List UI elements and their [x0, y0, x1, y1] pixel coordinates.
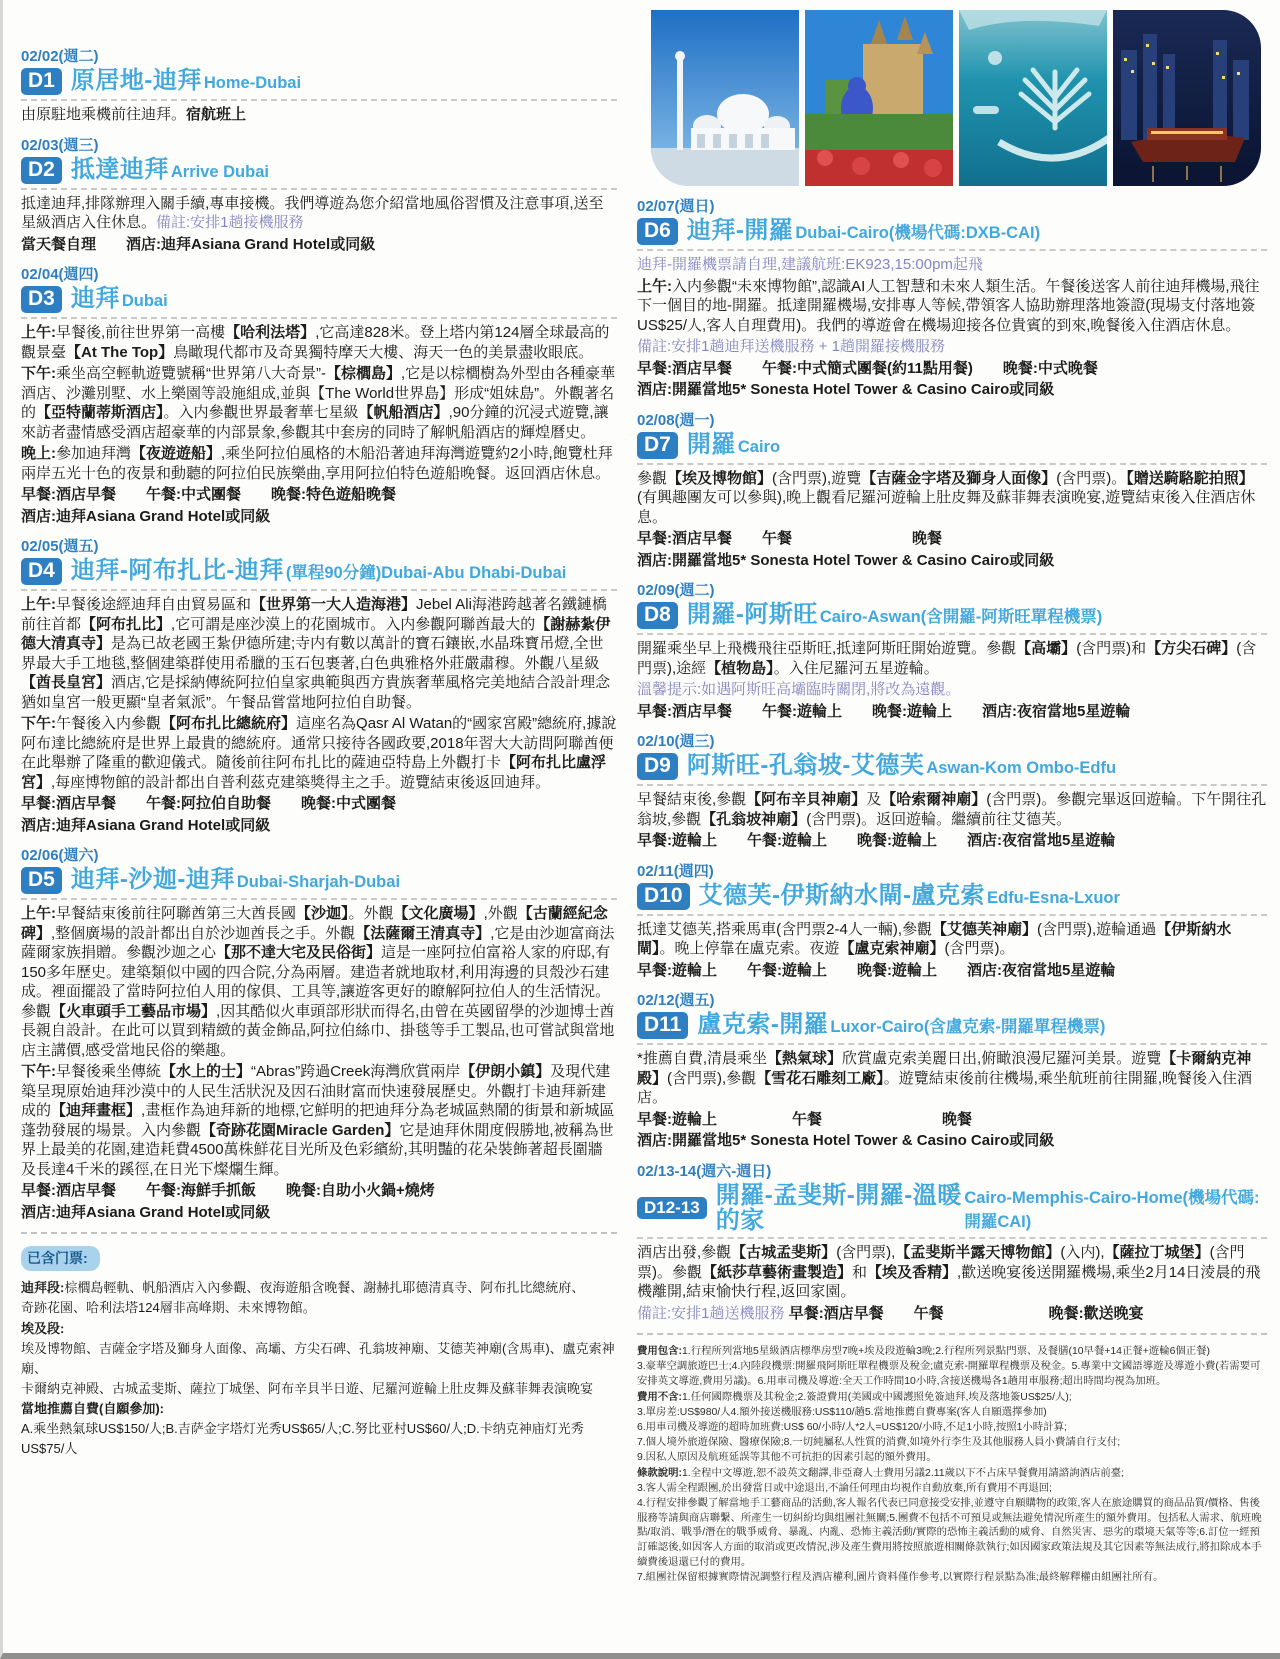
- text-run: 酒店:迪拜Asiana Grand Hotel或同級: [21, 508, 270, 525]
- day-entry: 02/08(週一)D7開羅Cairo參觀【埃及博物館】(含門票),遊覽【吉薩金字…: [637, 409, 1267, 571]
- day-date: 02/13-14(週六-週日): [637, 1160, 1267, 1181]
- text-run: 上午:: [21, 596, 56, 613]
- day-entry: 02/10(週三)D9阿斯旺-孔翁坡-艾德芙Aswan-Kom Ombo-Edf…: [637, 730, 1267, 851]
- day-paragraph: 酒店:迪拜Asiana Grand Hotel或同級: [21, 816, 617, 836]
- text-run: 條款說明:: [637, 1468, 682, 1479]
- text-run: 【埃及香精】: [867, 1264, 957, 1281]
- day-date: 02/11(週四): [637, 860, 1267, 881]
- day-subtitle: Aswan-Kom Ombo-Edfu: [926, 759, 1116, 778]
- text-run: (含門票),參觀: [667, 1070, 756, 1087]
- text-run: 早餐:酒店早餐 午餐:海鮮手抓飯 晚餐:自助小火鍋+燒烤: [21, 1182, 435, 1199]
- day-entry: 02/07(週日)D6迪拜-開羅Dubai-Cairo(機場代碼:DXB-CAI…: [637, 195, 1267, 400]
- day-badge: D6: [637, 218, 678, 245]
- text-run: 早餐:遊輪上 午餐 晚餐: [637, 1111, 972, 1128]
- day-heading: D2抵達迪拜Arrive Dubai: [21, 157, 617, 190]
- text-run: 【沙迦】: [296, 905, 349, 922]
- text-run: ,整個廣場的設計都出自於沙迦酋長之手。外觀: [51, 925, 355, 942]
- day-paragraph: 早餐:酒店早餐 午餐:海鮮手抓飯 晚餐:自助小火鍋+燒烤: [21, 1181, 617, 1201]
- day-date: 02/03(週三): [21, 134, 617, 155]
- day-subtitle: Dubai-Sharjah-Dubai: [237, 873, 400, 892]
- day-heading: D10艾德芙-伊斯納水閘-盧克索Edfu-Esna-Lxuor: [637, 883, 1267, 916]
- text-run: 【盧克索神廟】: [840, 940, 945, 957]
- day-badge: D7: [637, 432, 678, 459]
- text-run: 備註:安排1趟迪拜送機服務 + 1趟開羅接機服務: [637, 338, 945, 355]
- day-badge: D4: [21, 558, 62, 585]
- day-date: 02/12(週五): [637, 989, 1267, 1010]
- text-run: 早餐後乘坐傳統: [56, 1063, 161, 1080]
- dubai-night-cruise-photo: [1113, 10, 1261, 186]
- day-badge: D8: [637, 602, 678, 629]
- text-run: 入内參觀“未來博物館”,認識AI人工智慧和未來人類生活。午餐後送客人前往迪拜機場…: [637, 278, 1260, 334]
- day-subtitle: Home-Dubai: [204, 74, 301, 93]
- text-run: 酒店出發,參觀: [637, 1244, 731, 1261]
- day-heading: D5迪拜-沙迦-迪拜Dubai-Sharjah-Dubai: [21, 867, 617, 900]
- day-badge: D2: [21, 157, 62, 184]
- text-run: 上午:: [637, 278, 672, 295]
- text-run: 早餐:酒店早餐 午餐:遊輪上 晚餐:遊輪上 酒店:夜宿當地5星遊輪: [637, 703, 1130, 720]
- day-paragraph: 晚上:參加迪拜灣【夜遊遊船】,乘坐阿拉伯風格的木船沿著迪拜海灣遊覽約2小時,飽覽…: [21, 444, 617, 483]
- fine-print-line: 條款說明:1.全程中文導遊,恕不設英文翻譯,非亞裔人士費用另議2.11歲以下不占…: [637, 1467, 1267, 1585]
- text-run: ,每座博物館的設計都出自普利茲克建築獎得主之手。遊覽結束後返回迪拜。: [51, 774, 550, 791]
- day-paragraph: 抵達艾德芙,搭乘馬車(含門票2-4人一輛),參觀【艾德芙神廟】(含門票),遊輪通…: [637, 920, 1267, 959]
- text-run: 備註:安排1趟接機服務: [156, 214, 304, 231]
- day-heading: D11盧克索-開羅Luxor-Cairo(含盧克索-開羅單程機票): [637, 1012, 1267, 1045]
- day-paragraph: 參觀【埃及博物館】(含門票),遊覽【吉薩金字塔及獅身人面像】(含門票)。【贈送騎…: [637, 469, 1267, 528]
- day-paragraph: 下午:乘坐高空輕軌遊覽號稱“世界第八大奇景”-【棕櫚島】,它是以棕櫚樹為外型由各…: [21, 364, 617, 442]
- day-title: 開羅-孟斐斯-開羅-溫暖的家: [716, 1183, 963, 1233]
- ticket-line: 迪拜段:棕櫚島輕軌、帆船酒店入內參觀、夜海遊船含晚餐、謝赫扎耶德清真寺、阿布扎比…: [21, 1278, 617, 1318]
- text-run: 迪拜-開羅機票請自理,建議航班:EK923,15:00pm起飛: [637, 256, 983, 273]
- text-run: (含門票),遊覽: [772, 470, 861, 487]
- text-run: *推薦自費,清晨乘坐: [637, 1050, 767, 1067]
- text-run: 【文化廣場】: [394, 905, 484, 922]
- text-run: 酒店:開羅當地5* Sonesta Hotel Tower & Casino C…: [637, 1132, 1054, 1149]
- text-run: 早餐:酒店早餐 午餐 晚餐: [637, 530, 942, 547]
- text-run: 鳥瞰現代都市及奇異獨特摩天大樓、海天一色的美景盡收眼底。: [173, 344, 593, 361]
- separator: [21, 1232, 617, 1234]
- day-paragraph: *推薦自費,清晨乘坐【熱氣球】欣賞盧克索美麗日出,俯瞰浪漫尼羅河美景。遊覽【卡爾…: [637, 1049, 1267, 1108]
- text-run: 早餐:酒店早餐 午餐:中式團餐 晚餐:特色遊船晚餐: [21, 486, 396, 503]
- text-run: 和: [852, 1264, 867, 1281]
- text-run: (含門票),遊輪通過: [1037, 921, 1156, 938]
- text-run: 欣賞盧克索美麗日出,俯瞰浪漫尼羅河美景。遊覽: [842, 1050, 1161, 1067]
- text-run: 迪拜段:: [21, 1280, 64, 1295]
- day-date: 02/07(週日): [637, 195, 1267, 216]
- day-paragraph: 早餐:酒店早餐 午餐:遊輪上 晚餐:遊輪上 酒店:夜宿當地5星遊輪: [637, 702, 1267, 722]
- text-run: 早餐:遊輪上 午餐:遊輪上 晚餐:遊輪上 酒店:夜宿當地5星遊輪: [637, 832, 1115, 849]
- text-run: A.乘坐熱氣球US$150/人;B.吉萨金字塔灯光秀US$65/人;C.努比亚村…: [21, 1421, 584, 1456]
- itinerary-page: 02/02(週二)D1原居地-迪拜Home-Dubai由原駐地乘機前往迪拜。宿航…: [0, 0, 1280, 1659]
- day-paragraph: 上午:早餐結束後前往阿聯酋第三大酋長國【沙迦】。外觀【文化廣場】,外觀【古蘭經紀…: [21, 904, 617, 1060]
- day-title: 開羅: [687, 432, 736, 457]
- text-run: 費用包含:: [637, 1346, 682, 1357]
- day-entry: 02/05(週五)D4迪拜-阿布扎比-迪拜(單程90分鐘)Dubai-Abu D…: [21, 535, 617, 835]
- text-run: 【酋長皇宮】: [21, 674, 111, 691]
- day-title: 原居地-迪拜: [71, 68, 202, 93]
- day-subtitle: Cairo-Aswan(含開羅-阿斯旺單程機票): [820, 603, 1102, 627]
- day-badge: D11: [637, 1012, 688, 1039]
- text-run: 酒店:開羅當地5* Sonesta Hotel Tower & Casino C…: [637, 552, 1054, 569]
- left-days: 02/02(週二)D1原居地-迪拜Home-Dubai由原駐地乘機前往迪拜。宿航…: [21, 45, 617, 1222]
- text-run: 早餐:酒店早餐 午餐 晚餐:歡送晚宴: [789, 1305, 1144, 1322]
- text-run: 1.全程中文導遊,恕不設英文翻譯,非亞裔人士費用另議2.11歲以下不占床早餐費用…: [637, 1468, 1262, 1582]
- day-paragraph: 酒店:迪拜Asiana Grand Hotel或同級: [21, 1203, 617, 1223]
- day-date: 02/10(週三): [637, 730, 1267, 751]
- text-run: (含門票)。: [1056, 470, 1126, 487]
- day-paragraph: 早餐:酒店早餐 午餐:中式簡式團餐(約11點用餐) 晚餐:中式晚餐: [637, 359, 1267, 379]
- day-paragraph: 早餐:酒店早餐 午餐:中式團餐 晚餐:特色遊船晚餐: [21, 485, 617, 505]
- text-run: 下午:: [21, 365, 56, 382]
- text-run: “Abras”跨過Creek海灣欣賞兩岸: [251, 1063, 460, 1080]
- text-run: 【吉薩金字塔及獅身人面像】: [861, 470, 1056, 487]
- day-paragraph: 下午:早餐後乘坐傳統【水上的士】“Abras”跨過Creek海灣欣賞兩岸【伊朗小…: [21, 1062, 617, 1179]
- fine-print-line: 費用不含:1.任何國際機票及其稅金;2.簽證費用(美國或中國護照免簽迪拜,埃及落…: [637, 1391, 1267, 1465]
- photo-strip: [651, 10, 1267, 186]
- text-run: 1.任何國際機票及其稅金;2.簽證費用(美國或中國護照免簽迪拜,埃及落地簽US$…: [637, 1392, 1120, 1462]
- day-subtitle: Arrive Dubai: [171, 163, 269, 182]
- day-subtitle: Luxor-Cairo(含盧克索-開羅單程機票): [830, 1013, 1105, 1037]
- text-run: 【紙莎草藝術畫製造】: [702, 1264, 852, 1281]
- day-paragraph: 早餐:遊輪上 午餐:遊輪上 晚餐:遊輪上 酒店:夜宿當地5星遊輪: [637, 831, 1267, 851]
- day-title: 盧克索-開羅: [697, 1012, 828, 1037]
- text-run: 【法薩爾王清真寺】: [355, 925, 490, 942]
- text-run: 【夜遊遊船】: [131, 445, 221, 462]
- day-paragraph: 迪拜-開羅機票請自理,建議航班:EK923,15:00pm起飛: [637, 255, 1267, 275]
- day-paragraph: 上午:入内參觀“未來博物館”,認識AI人工智慧和未來人類生活。午餐後送客人前往迪…: [637, 277, 1267, 336]
- day-paragraph: 抵達迪拜,排隊辦理入關手續,專車接機。我們導遊為您介紹當地風俗習慣及注意事項,送…: [21, 194, 617, 233]
- day-paragraph: 當天餐自理 酒店:迪拜Asiana Grand Hotel或同級: [21, 235, 617, 255]
- day-heading: D7開羅Cairo: [637, 432, 1267, 465]
- day-paragraph: 酒店出發,參觀【古城孟斐斯】(含門票),【孟斐斯半露天博物館】(入内),【薩拉丁…: [637, 1243, 1267, 1302]
- left-column: 02/02(週二)D1原居地-迪拜Home-Dubai由原駐地乘機前往迪拜。宿航…: [21, 36, 617, 1460]
- text-run: 上午:: [21, 905, 56, 922]
- text-run: 。入内參觀世界最奢華七星級: [164, 404, 359, 421]
- ticket-line: 埃及博物館、吉薩金字塔及獅身人面像、高壩、方尖石碑、孔翁坡神廟、艾德芙神廟(含馬…: [21, 1339, 617, 1399]
- text-run: 【阿布辛貝神廟】: [746, 791, 866, 808]
- text-run: 棕櫚島輕軌、帆船酒店入內參觀、夜海遊船含晚餐、謝赫扎耶德清真寺、阿布扎比總統府、…: [21, 1280, 584, 1315]
- text-run: 。入住尼羅河五星遊輪。: [774, 660, 939, 677]
- right-column: 02/07(週日)D6迪拜-開羅Dubai-Cairo(機場代碼:DXB-CAI…: [637, 8, 1267, 1587]
- day-date: 02/09(週二): [637, 579, 1267, 600]
- day-badge: D1: [21, 68, 62, 95]
- tickets-included-lines: 迪拜段:棕櫚島輕軌、帆船酒店入內參觀、夜海遊船含晚餐、謝赫扎耶德清真寺、阿布扎比…: [21, 1278, 617, 1459]
- text-run: 【哈利法塔】: [225, 324, 315, 341]
- text-run: (含門票)。返回遊輪。繼續前往艾德芙。: [806, 811, 1071, 828]
- day-paragraph: 酒店:開羅當地5* Sonesta Hotel Tower & Casino C…: [637, 380, 1267, 400]
- text-run: 酒店:迪拜Asiana Grand Hotel或同級: [21, 1204, 270, 1221]
- text-run: 酒店:開羅當地5* Sonesta Hotel Tower & Casino C…: [637, 381, 1054, 398]
- day-date: 02/02(週二): [21, 45, 617, 66]
- day-badge: D3: [21, 286, 62, 313]
- text-run: 【迪拜畫框】: [51, 1102, 141, 1119]
- day-subtitle: Edfu-Esna-Lxuor: [987, 889, 1120, 908]
- text-run: 。外觀: [349, 905, 394, 922]
- text-run: 早餐:酒店早餐 午餐:中式簡式團餐(約11點用餐) 晚餐:中式晚餐: [637, 360, 1098, 377]
- day-paragraph: 開羅乘坐早上飛機飛往亞斯旺,抵達阿斯旺開始遊覽。參觀【高壩】(含門票)和【方尖石…: [637, 639, 1267, 678]
- text-run: 【At The Top】: [66, 344, 173, 361]
- text-run: 【阿布扎比總統府】: [161, 715, 296, 732]
- text-run: 早餐後途經迪拜自由貿易區和: [56, 596, 251, 613]
- day-paragraph: 備註:安排1趟送機服務 早餐:酒店早餐 午餐 晚餐:歡送晚宴: [637, 1304, 1267, 1324]
- text-run: 早餐結束後,參觀: [637, 791, 746, 808]
- day-heading: D3迪拜Dubai: [21, 286, 617, 319]
- day-entry: 02/04(週四)D3迪拜Dubai上午:早餐後,前往世界第一高樓【哈利法塔】,…: [21, 263, 617, 526]
- day-paragraph: 上午:早餐後,前往世界第一高樓【哈利法塔】,它高達828米。登上塔内第124層全…: [21, 323, 617, 362]
- day-subtitle: Cairo: [738, 438, 780, 457]
- text-run: 下午:: [21, 1063, 56, 1080]
- tickets-included-section: 已含门票: 迪拜段:棕櫚島輕軌、帆船酒店入內參觀、夜海遊船含晚餐、謝赫扎耶德清真…: [21, 1244, 617, 1459]
- day-title: 艾德芙-伊斯納水閘-盧克索: [699, 883, 985, 908]
- text-run: 【帆船酒店】: [359, 404, 449, 421]
- day-entry: 02/03(週三)D2抵達迪拜Arrive Dubai抵達迪拜,排隊辦理入關手續…: [21, 134, 617, 255]
- day-title: 抵達迪拜: [71, 157, 169, 182]
- text-run: 【古城孟斐斯】: [731, 1244, 836, 1261]
- text-run: 溫馨提示:如遇阿斯旺高壩臨時關閉,將改為遠觀。: [637, 681, 960, 698]
- day-paragraph: 下午:午餐後入内參觀【阿布扎比總統府】這座名為Qasr Al Watan的“國家…: [21, 714, 617, 792]
- day-entry: 02/11(週四)D10艾德芙-伊斯納水閘-盧克索Edfu-Esna-Lxuor…: [637, 860, 1267, 981]
- text-run: 【阿布扎比】: [81, 616, 171, 633]
- text-run: 【水上的士】: [161, 1063, 251, 1080]
- text-run: 【棕櫚島】: [326, 365, 401, 382]
- text-run: (有興趣團友可以參與),晚上觀看尼羅河遊輪上肚皮舞及蘇菲舞表演晚宴,遊覽結束後入…: [637, 489, 1255, 526]
- day-title: 開羅-阿斯旺: [687, 602, 818, 627]
- text-run: 【伊朗小鎮】: [460, 1063, 550, 1080]
- text-run: 備註:安排1趟送機服務: [637, 1305, 789, 1322]
- day-title: 迪拜-阿布扎比-迪拜: [71, 558, 284, 583]
- day-heading: D1原居地-迪拜Home-Dubai: [21, 68, 617, 101]
- text-run: 1.行程所列當地5星級酒店標準房型7晚+埃及段遊輪3晚;2.行程所列景點門票、及…: [637, 1346, 1260, 1387]
- text-run: 當天餐自理 酒店:迪拜Asiana Grand Hotel或同級: [21, 236, 375, 253]
- day-date: 02/04(週四): [21, 263, 617, 284]
- text-run: 【孟斐斯半露天博物館】: [895, 1244, 1060, 1261]
- text-run: 早餐後,前往世界第一高樓: [56, 324, 225, 341]
- text-run: (含門票),: [836, 1244, 895, 1261]
- day-paragraph: 上午:早餐後途經迪拜自由貿易區和【世界第一大人造海港】Jebel Ali海港跨越…: [21, 595, 617, 712]
- day-paragraph: 備註:安排1趟迪拜送機服務 + 1趟開羅接機服務: [637, 337, 1267, 357]
- day-subtitle: (單程90分鐘)Dubai-Abu Dhabi-Dubai: [286, 559, 567, 583]
- text-run: 【火車頭手工藝品市場】: [51, 1003, 216, 1020]
- day-badge: D9: [637, 753, 678, 780]
- text-run: 【奇跡花園Miracle Garden】: [201, 1122, 399, 1139]
- text-run: 費用不含:: [637, 1392, 682, 1403]
- fine-print-section: 費用包含:1.行程所列當地5星級酒店標準房型7晚+埃及段遊輪3晚;2.行程所列景…: [637, 1345, 1267, 1585]
- text-run: 【那不達大宅及民俗街】: [216, 944, 381, 961]
- right-days: 02/07(週日)D6迪拜-開羅Dubai-Cairo(機場代碼:DXB-CAI…: [637, 195, 1267, 1323]
- day-paragraph: 早餐:酒店早餐 午餐:阿拉伯自助餐 晚餐:中式團餐: [21, 794, 617, 814]
- day-heading: D8開羅-阿斯旺Cairo-Aswan(含開羅-阿斯旺單程機票): [637, 602, 1267, 635]
- day-heading: D6迪拜-開羅Dubai-Cairo(機場代碼:DXB-CAI): [637, 218, 1267, 251]
- text-run: 及: [866, 791, 881, 808]
- text-run: (入内),: [1060, 1244, 1104, 1261]
- sheikh-zayed-mosque-photo: [651, 10, 799, 186]
- day-title: 迪拜: [71, 286, 120, 311]
- day-date: 02/05(週五): [21, 535, 617, 556]
- text-run: 午餐後入内參觀: [56, 715, 161, 732]
- text-run: 【世界第一大人造海港】: [251, 596, 416, 613]
- day-badge: D12-13: [637, 1197, 707, 1220]
- text-run: 【孔翁坡神廟】: [701, 811, 806, 828]
- text-run: 【方尖石碑】: [1146, 640, 1236, 657]
- day-entry: 02/12(週五)D11盧克索-開羅Luxor-Cairo(含盧克索-開羅單程機…: [637, 989, 1267, 1151]
- text-run: 開羅乘坐早上飛機飛往亞斯旺,抵達阿斯旺開始遊覽。參觀: [637, 640, 1016, 657]
- day-paragraph: 由原駐地乘機前往迪拜。宿航班上: [21, 105, 617, 125]
- separator: [637, 1333, 1267, 1335]
- text-run: 埃及段:: [21, 1321, 64, 1336]
- day-paragraph: 酒店:迪拜Asiana Grand Hotel或同級: [21, 507, 617, 527]
- text-run: ,它可謂是座沙漠上的花園城市。入内參觀阿聯酋最大的: [171, 616, 535, 633]
- text-run: 早餐結束後前往阿聯酋第三大酋長國: [56, 905, 296, 922]
- day-date: 02/08(週一): [637, 409, 1267, 430]
- text-run: 參觀: [637, 470, 667, 487]
- text-run: 上午:: [21, 324, 56, 341]
- text-run: 抵達迪拜,排隊辦理入關手續,專車接機。我們導遊為您介紹當地風俗習慣及注意事項,送…: [21, 195, 604, 232]
- day-title: 阿斯旺-孔翁坡-艾德芙: [687, 753, 924, 778]
- day-entry: 02/06(週六)D5迪拜-沙迦-迪拜Dubai-Sharjah-Dubai上午…: [21, 844, 617, 1222]
- day-paragraph: 早餐:遊輪上 午餐:遊輪上 晚餐:遊輪上 酒店:夜宿當地5星遊輪: [637, 961, 1267, 981]
- text-run: 當地推薦自費(自願參加):: [21, 1401, 164, 1416]
- text-run: 參加迪拜灣: [56, 445, 131, 462]
- day-heading: D12-13開羅-孟斐斯-開羅-溫暖的家Cairo-Memphis-Cairo-…: [637, 1183, 1267, 1239]
- day-paragraph: 溫馨提示:如遇阿斯旺高壩臨時關閉,將改為遠觀。: [637, 680, 1267, 700]
- text-run: ,外觀: [484, 905, 518, 922]
- day-paragraph: 早餐:酒店早餐 午餐 晚餐: [637, 529, 1267, 549]
- text-run: 下午:: [21, 715, 56, 732]
- day-paragraph: 酒店:開羅當地5* Sonesta Hotel Tower & Casino C…: [637, 1131, 1267, 1151]
- text-run: 【植物島】: [706, 660, 774, 677]
- day-heading: D4迪拜-阿布扎比-迪拜(單程90分鐘)Dubai-Abu Dhabi-Duba…: [21, 558, 617, 591]
- day-badge: D10: [637, 883, 690, 910]
- text-run: 宿航班上: [186, 106, 246, 123]
- text-run: 【薩拉丁城堡】: [1105, 1244, 1210, 1261]
- day-entry: 02/09(週二)D8開羅-阿斯旺Cairo-Aswan(含開羅-阿斯旺單程機票…: [637, 579, 1267, 721]
- text-run: 埃及博物館、吉薩金字塔及獅身人面像、高壩、方尖石碑、孔翁坡神廟、艾德芙神廟(含馬…: [21, 1341, 615, 1396]
- day-title: 迪拜-沙迦-迪拜: [71, 867, 235, 892]
- text-run: 早餐:酒店早餐 午餐:阿拉伯自助餐 晚餐:中式團餐: [21, 795, 396, 812]
- day-heading: D9阿斯旺-孔翁坡-艾德芙Aswan-Kom Ombo-Edfu: [637, 753, 1267, 786]
- text-run: 【埃及博物館】: [667, 470, 772, 487]
- text-run: 酒店:迪拜Asiana Grand Hotel或同級: [21, 817, 270, 834]
- text-run: 。晚上停靠在盧克索。夜遊: [660, 940, 840, 957]
- palm-jumeirah-aerial-photo: [959, 10, 1107, 186]
- text-run: 【高壩】: [1016, 640, 1076, 657]
- ticket-line: A.乘坐熱氣球US$150/人;B.吉萨金字塔灯光秀US$65/人;C.努比亚村…: [21, 1419, 617, 1459]
- text-run: 乘坐高空輕軌遊覽號稱“世界第八大奇景”-: [56, 365, 326, 382]
- fine-print-line: 費用包含:1.行程所列當地5星級酒店標準房型7晚+埃及段遊輪3晚;2.行程所列景…: [637, 1345, 1267, 1389]
- text-run: 抵達艾德芙,搭乘馬車(含門票2-4人一輛),參觀: [637, 921, 932, 938]
- text-run: 【贈送騎駱駝拍照】: [1126, 470, 1254, 487]
- text-run: 【熱氣球】: [767, 1050, 842, 1067]
- day-entry: 02/13-14(週六-週日)D12-13開羅-孟斐斯-開羅-溫暖的家Cairo…: [637, 1160, 1267, 1323]
- day-title: 迪拜-開羅: [687, 218, 794, 243]
- day-badge: D5: [21, 867, 62, 894]
- text-run: (含門票)。: [945, 940, 1015, 957]
- text-run: (含門票)和: [1076, 640, 1146, 657]
- day-subtitle: Cairo-Memphis-Cairo-Home(機場代碼:開羅CAI): [964, 1184, 1267, 1232]
- day-date: 02/06(週六): [21, 844, 617, 865]
- day-paragraph: 酒店:開羅當地5* Sonesta Hotel Tower & Casino C…: [637, 551, 1267, 571]
- text-run: 由原駐地乘機前往迪拜。: [21, 106, 186, 123]
- day-paragraph: 早餐結束後,參觀【阿布辛貝神廟】及【哈索爾神廟】(含門票)。參觀完畢返回遊輪。下…: [637, 790, 1267, 829]
- tickets-included-heading: 已含门票:: [21, 1246, 100, 1271]
- text-run: 【雪花石雕刻工廠】: [756, 1070, 884, 1087]
- text-run: 晚上:: [21, 445, 56, 462]
- ticket-line: 埃及段:: [21, 1319, 617, 1339]
- day-subtitle: Dubai-Cairo(機場代碼:DXB-CAI): [795, 219, 1040, 243]
- text-run: 早餐:遊輪上 午餐:遊輪上 晚餐:遊輪上 酒店:夜宿當地5星遊輪: [637, 962, 1115, 979]
- miracle-garden-photo: [805, 10, 953, 186]
- text-run: 【艾德芙神廟】: [932, 921, 1037, 938]
- text-run: 【哈索爾神廟】: [881, 791, 986, 808]
- day-entry: 02/02(週二)D1原居地-迪拜Home-Dubai由原駐地乘機前往迪拜。宿航…: [21, 45, 617, 125]
- day-subtitle: Dubai: [122, 292, 168, 311]
- text-run: 【亞特蘭蒂斯酒店】: [36, 404, 164, 421]
- ticket-line: 當地推薦自費(自願參加):: [21, 1399, 617, 1419]
- day-paragraph: 早餐:遊輪上 午餐 晚餐: [637, 1110, 1267, 1130]
